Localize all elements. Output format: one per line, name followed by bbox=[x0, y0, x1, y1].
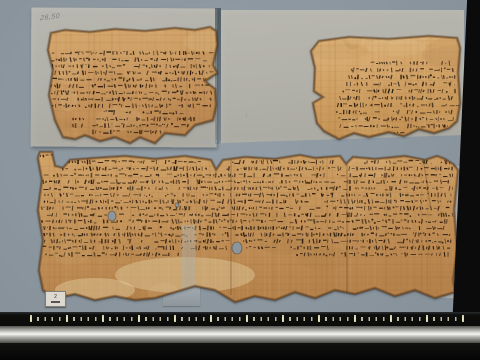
pencil-mark-right-board-lower: · 1 bbox=[241, 114, 248, 119]
papyrus-fragment-top-left bbox=[45, 25, 217, 145]
photo-of-papyrus-fragments: 26,50 ··· ···· · 1 14 50 a 2 bbox=[0, 0, 480, 360]
papyrus-fragment-bottom bbox=[35, 150, 461, 306]
pencil-mark-right-board-corner: ···· bbox=[436, 12, 445, 17]
collection-label: 2 bbox=[45, 291, 66, 307]
pencil-mark-left-board-corner: ··· bbox=[189, 15, 196, 20]
scale-metal-bar bbox=[0, 326, 480, 343]
papyrus-fragment-top-right bbox=[309, 33, 461, 145]
measuring-scale bbox=[0, 312, 480, 326]
label-number: 2 bbox=[54, 295, 57, 300]
scale-ticks-major bbox=[30, 315, 466, 322]
photo-edge-bottom bbox=[0, 343, 480, 360]
label-line bbox=[51, 301, 60, 303]
pencil-mark-below-boards: 14 50 a bbox=[201, 141, 223, 147]
